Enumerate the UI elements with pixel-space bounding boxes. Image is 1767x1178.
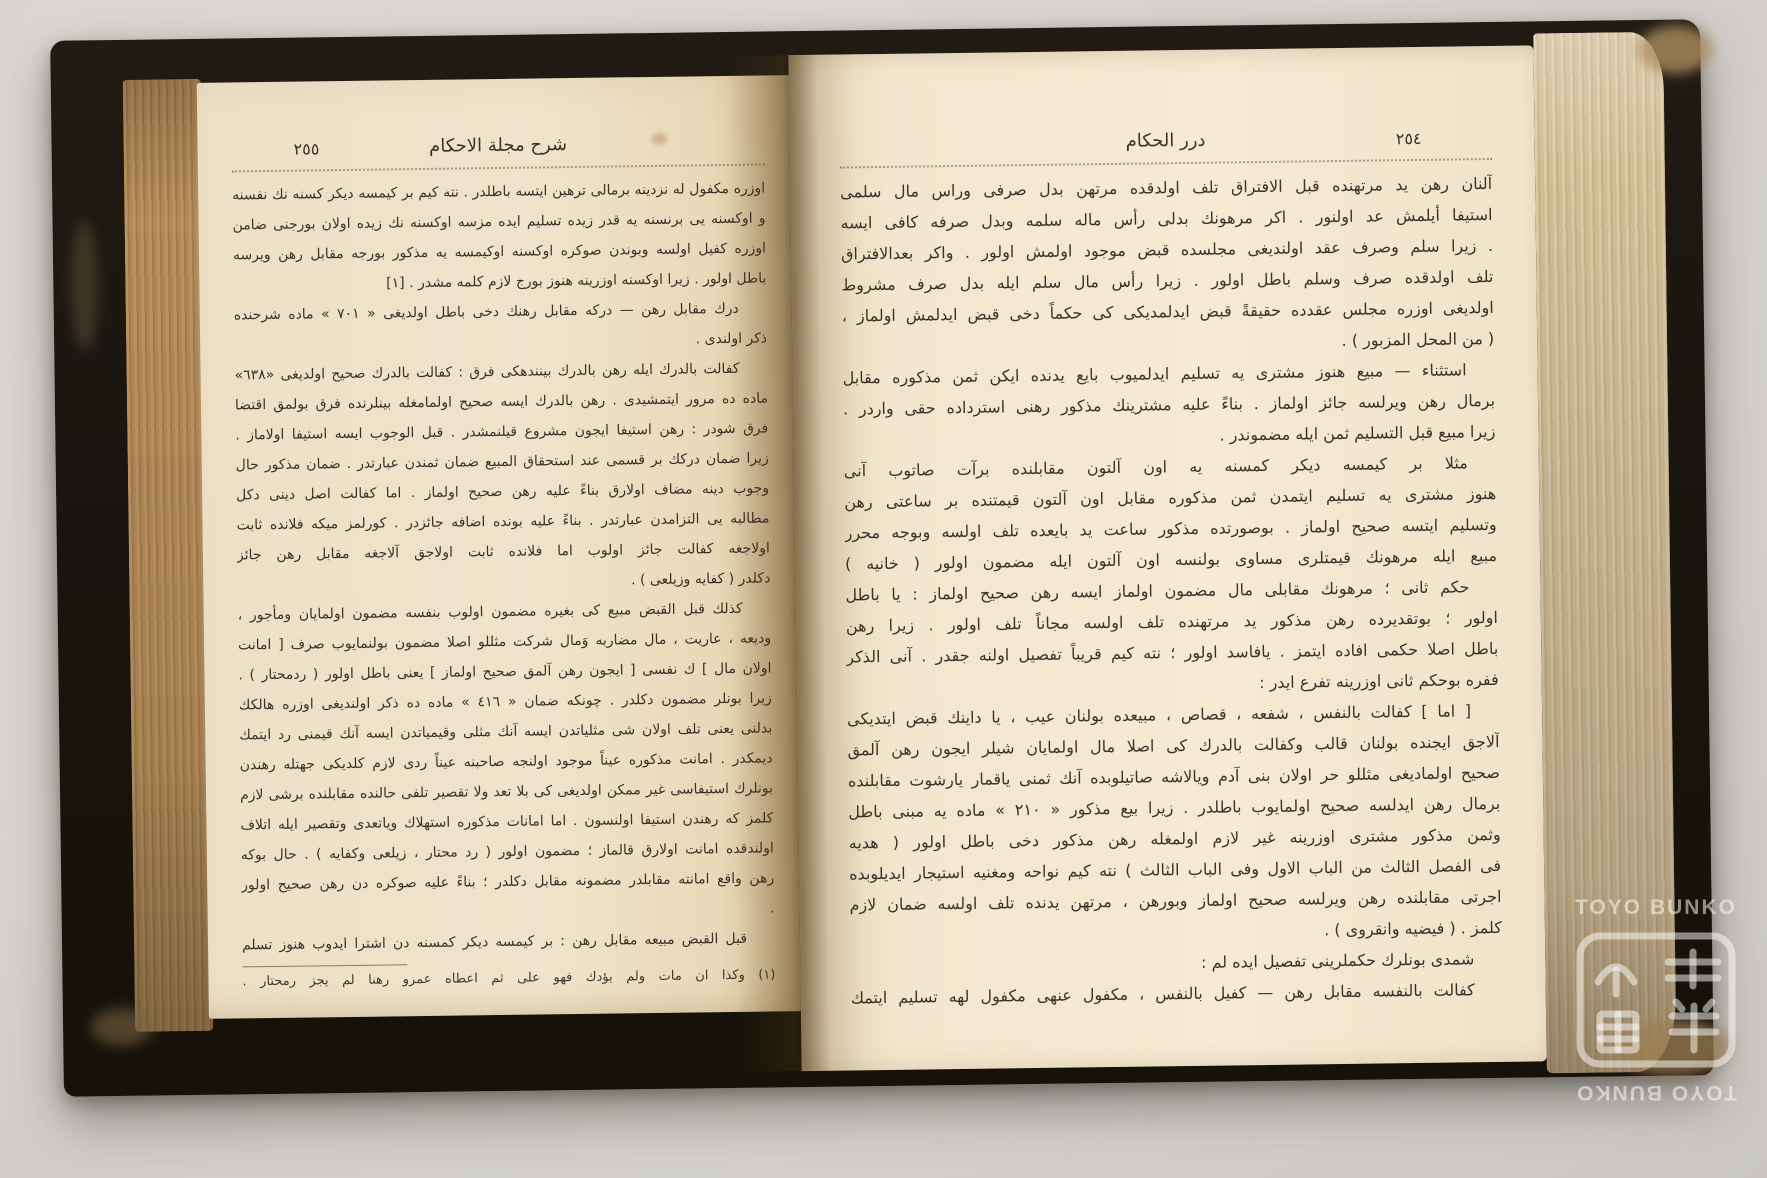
cover-wear-bottom-right bbox=[1615, 1019, 1732, 1077]
right-fore-edge bbox=[1533, 32, 1677, 1074]
left-page-text: اوزره مكفول له نزدينه برمالى ترهين ايتسه… bbox=[232, 173, 775, 960]
footnote-rule bbox=[242, 964, 407, 967]
body-line: قبل القبض مبيعه مقابل رهن : بر كيمسه ديك… bbox=[242, 923, 775, 960]
left-page-content: ٢٥٥ شرح مجلة الاحكام اوزره مكفول له نزدي… bbox=[231, 130, 775, 994]
page-title: شرح مجلة الاحكام bbox=[429, 134, 567, 157]
page-title: درر الحكام bbox=[1126, 130, 1206, 152]
right-page-text: آلنان رهن يد مرتهنده قبل الافتراق تلف او… bbox=[840, 168, 1503, 1013]
footnote: (١) وكذا ان مات ولم يؤدك فهو على ثم اعطا… bbox=[242, 964, 775, 993]
right-page-content: درر الحكام ٢٥٤ آلنان رهن يد مرتهنده قبل … bbox=[839, 124, 1502, 1013]
page-number: ٢٥٤ bbox=[1396, 129, 1422, 148]
left-page-header-row: ٢٥٥ شرح مجلة الاحكام bbox=[231, 130, 764, 171]
right-page: درر الحكام ٢٥٤ آلنان رهن يد مرتهنده قبل … bbox=[788, 45, 1546, 1071]
cover-wear-top-right bbox=[1638, 25, 1713, 74]
photo-background: ٢٥٥ شرح مجلة الاحكام اوزره مكفول له نزدي… bbox=[0, 0, 1767, 1178]
watermark-text-bottom: TOYO BUNKO bbox=[1575, 1080, 1737, 1104]
page-number: ٢٥٥ bbox=[293, 139, 319, 158]
left-page: ٢٥٥ شرح مجلة الاحكام اوزره مكفول له نزدي… bbox=[197, 75, 801, 1019]
book: ٢٥٥ شرح مجلة الاحكام اوزره مكفول له نزدي… bbox=[50, 19, 1714, 1097]
